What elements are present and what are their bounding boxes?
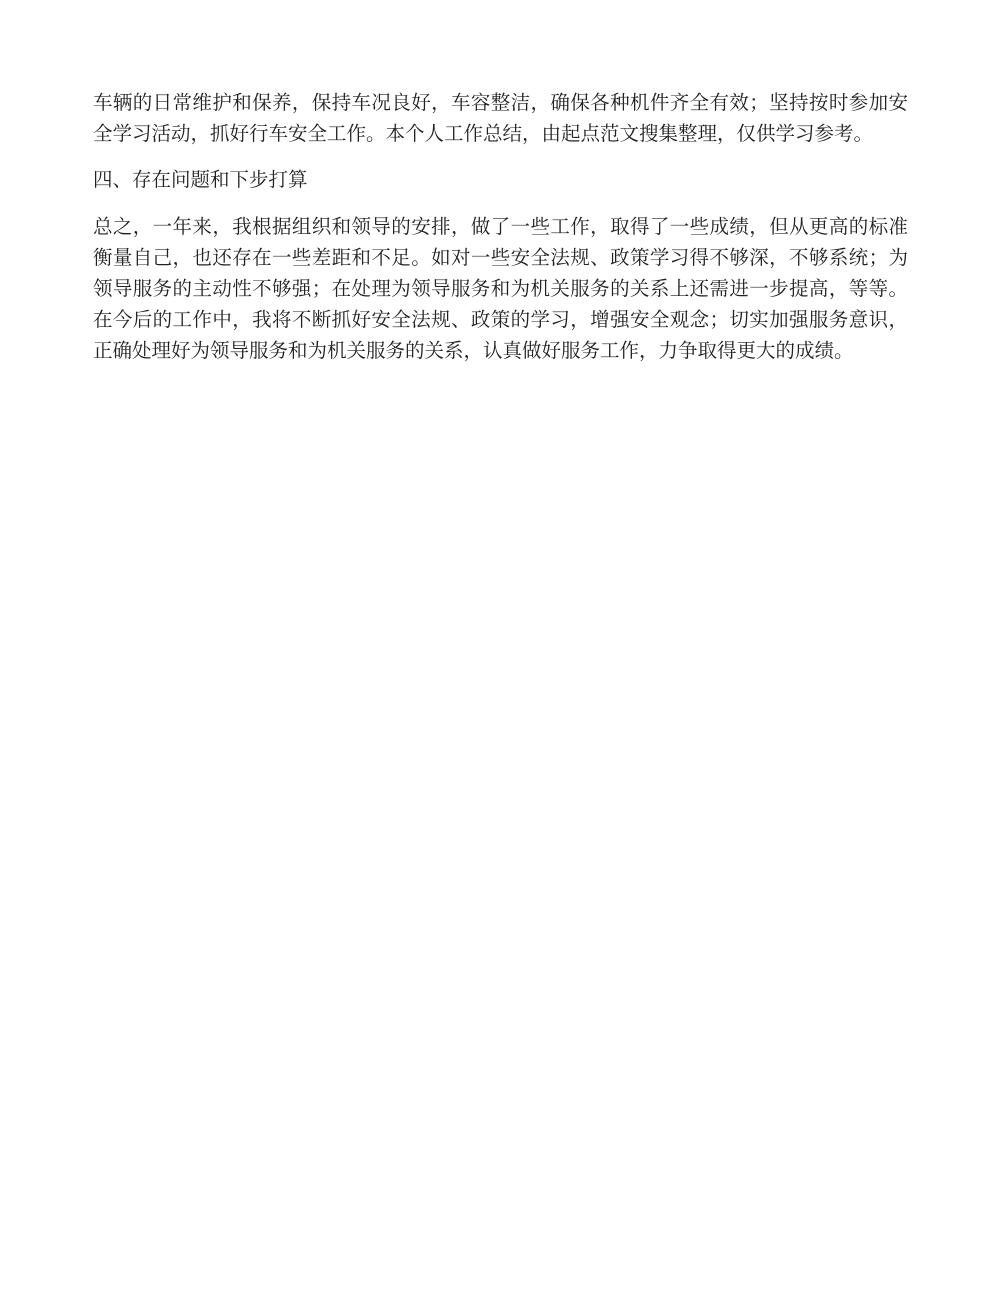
section-heading-problems-and-plans: 四、存在问题和下步打算 [93, 165, 908, 196]
paragraph-summary-conclusion: 总之，一年来，我根据组织和领导的安排，做了一些工作，取得了一些成绩，但从更高的标… [93, 212, 908, 367]
document-page: 车辆的日常维护和保养，保持车况良好，车容整洁，确保各种机件齐全有效；坚持按时参加… [0, 0, 1000, 1295]
paragraph-vehicle-maintenance: 车辆的日常维护和保养，保持车况良好，车容整洁，确保各种机件齐全有效；坚持按时参加… [93, 88, 908, 150]
document-content: 车辆的日常维护和保养，保持车况良好，车容整洁，确保各种机件齐全有效；坚持按时参加… [93, 88, 908, 367]
